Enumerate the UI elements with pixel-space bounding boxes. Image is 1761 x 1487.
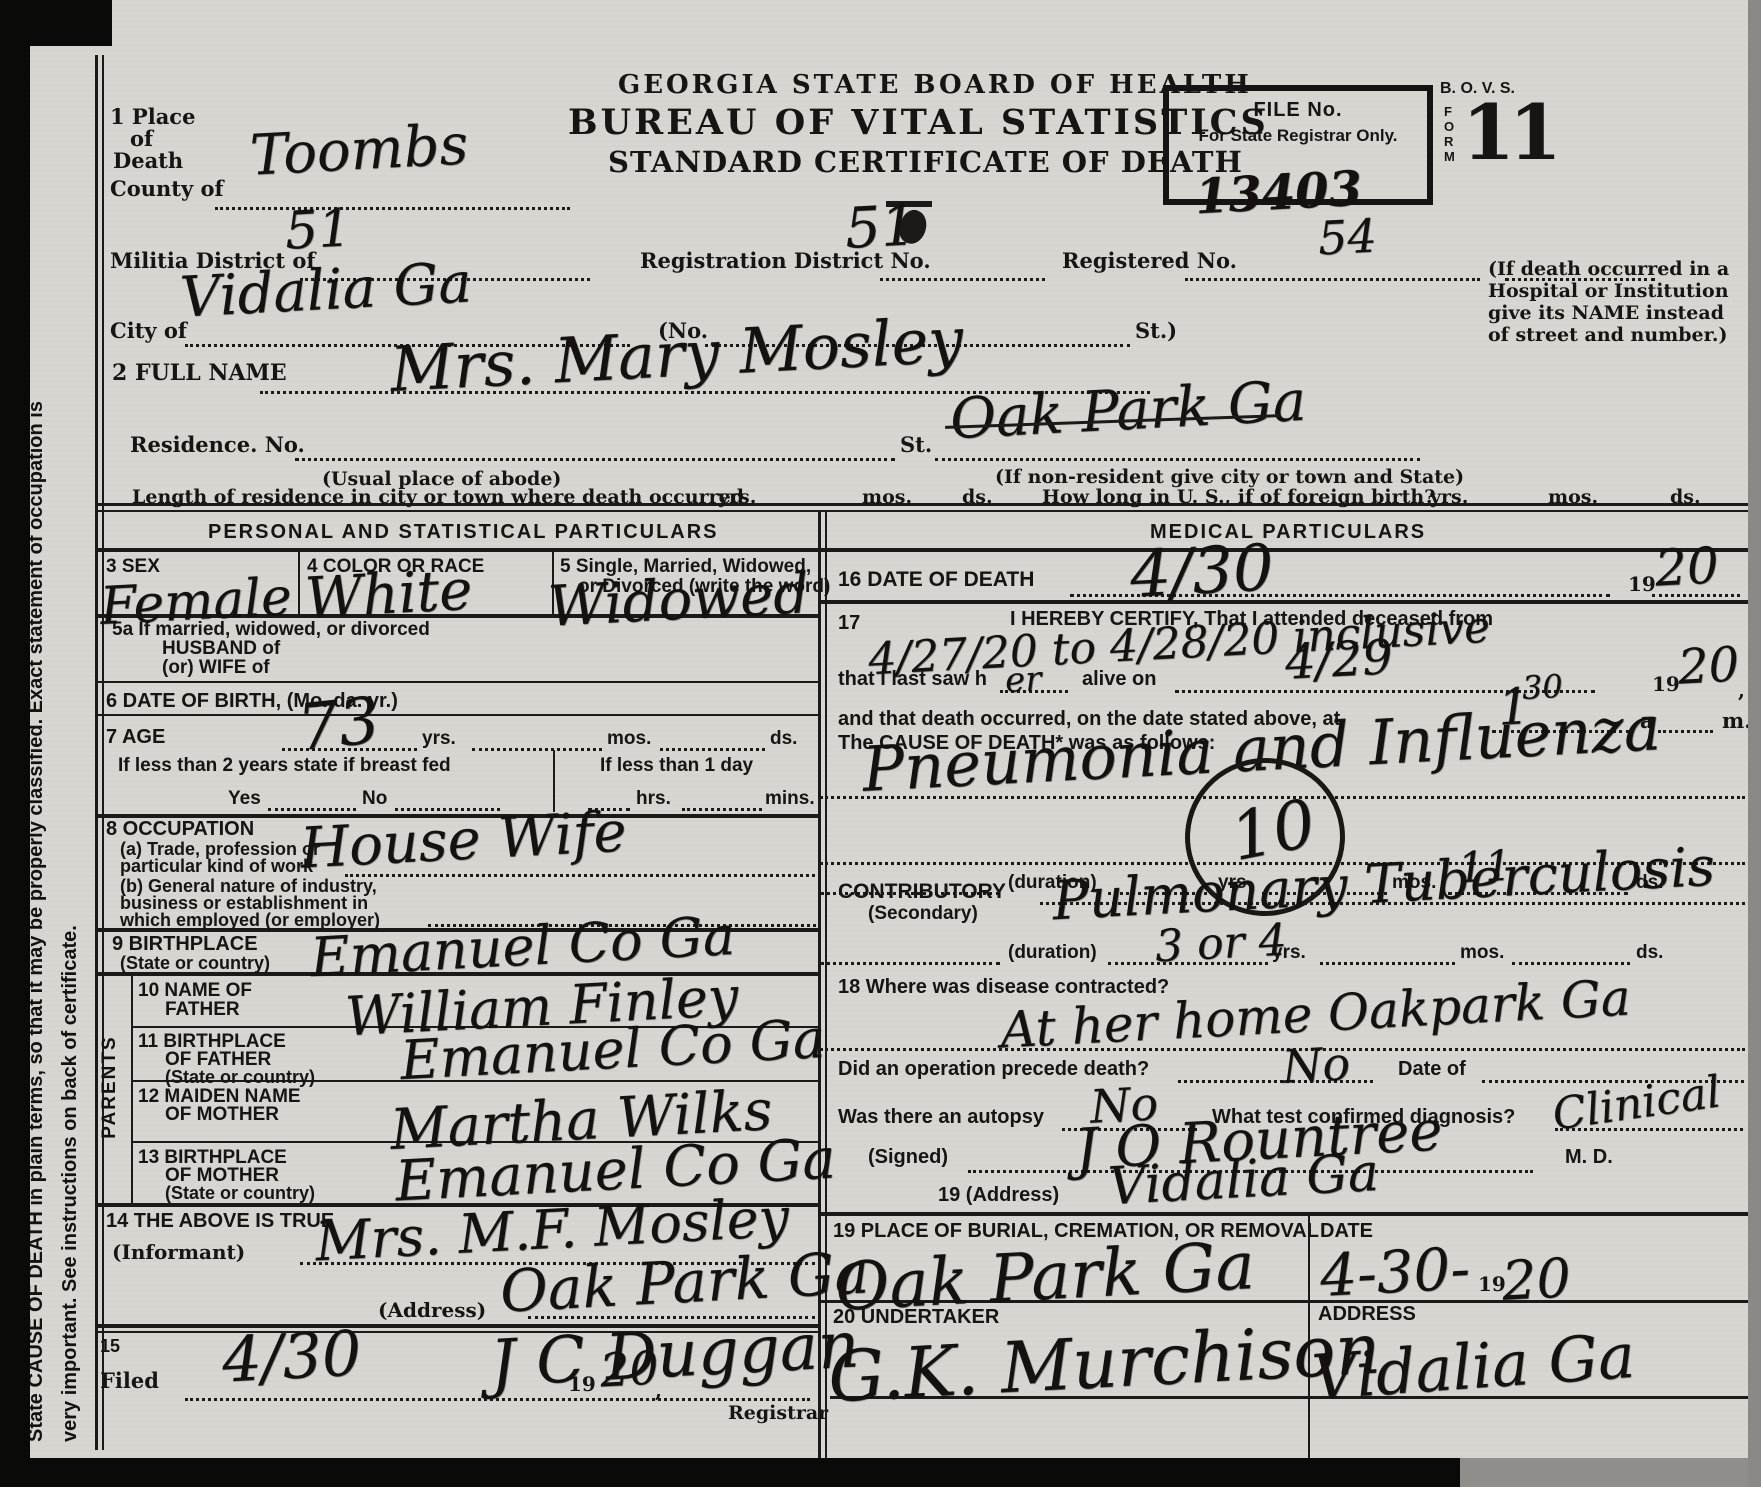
mins-label: mins.: [765, 788, 815, 810]
age-yrs: yrs.: [422, 728, 456, 750]
age-ds-line: [660, 748, 765, 751]
left-border-outer: [95, 55, 98, 1450]
margin-instructions-line2: very important. See instructions on back…: [53, 52, 87, 1442]
color-value: White: [303, 558, 473, 632]
length-ds: ds.: [962, 486, 993, 508]
med-rule-2: [818, 1212, 1750, 1216]
length-yrs: yrs.: [718, 486, 756, 508]
informant-address-label: (Address): [378, 1298, 486, 1322]
father-name-label-2: FATHER: [165, 999, 240, 1021]
place-label-3: Death: [113, 148, 183, 173]
certify-number: 17: [838, 612, 860, 635]
age-mos-line: [472, 748, 602, 751]
duration2-ds: ds.: [1636, 942, 1663, 964]
filed-label: Filed: [100, 1368, 159, 1393]
birthplace-state-label: (State or country): [120, 953, 270, 974]
registrar-label: Registrar: [728, 1402, 828, 1424]
yes-label: Yes: [228, 788, 261, 810]
less-day-label: If less than 1 day: [600, 755, 753, 777]
hospital-note: (If death occurred in a Hospital or Inst…: [1488, 258, 1746, 346]
husband-label-3: (or) WIFE of: [162, 657, 270, 679]
county-value: Toombs: [248, 112, 469, 188]
mother-name-label-2: OF MOTHER: [165, 1104, 279, 1126]
no-label: No: [362, 788, 387, 810]
operation-value: No: [1281, 1036, 1352, 1093]
length-label: Length of residence in city or town wher…: [132, 486, 744, 508]
header-divider-inner: [95, 510, 1750, 512]
howlong-yrs: yrs.: [1430, 486, 1468, 508]
marital-value: Widowed: [546, 561, 810, 640]
dod-value: 4/30: [1128, 531, 1275, 612]
scan-edge-bottom: [0, 1458, 1460, 1487]
am-line: [1658, 730, 1713, 733]
breast-fed-label: If less than 2 years state if breast fed: [118, 755, 451, 777]
row-rule-3: [95, 714, 818, 716]
age-ds: ds.: [770, 728, 797, 750]
hrs-line-b: [682, 808, 762, 811]
duration2-ds-line: [1512, 962, 1630, 965]
residence-label: Residence. No.: [130, 432, 305, 457]
true-label: 14 THE ABOVE IS TRUE: [106, 1210, 334, 1233]
registered-number-value: 54: [1317, 209, 1378, 266]
last-saw-her-hw: er: [1004, 659, 1042, 701]
burial-date-value: 4-30-: [1318, 1234, 1471, 1310]
row-rule-2: [95, 681, 818, 683]
contributory-label: CONTRIBUTORY: [838, 880, 1006, 904]
personal-title: PERSONAL AND STATISTICAL PARTICULARS: [208, 521, 719, 544]
howlong-mos: mos.: [1548, 486, 1598, 508]
residence-st-label: St.: [900, 432, 932, 457]
burial-year-hw: 20: [1500, 1246, 1572, 1313]
age-mos: mos.: [607, 728, 651, 750]
md-label: M. D.: [1565, 1146, 1613, 1169]
dod-year-hw: 20: [1654, 536, 1721, 597]
scan-edge-topleft: [0, 0, 112, 46]
occupation-a-2: particular kind of work: [120, 856, 313, 877]
left-border-inner: [102, 55, 104, 1450]
board-title: GEORGIA STATE BOARD OF HEALTH: [618, 70, 1252, 100]
informant-label: (Informant): [112, 1240, 245, 1264]
nonresident-note: (If non-resident give city or town and S…: [995, 466, 1464, 488]
scan-edge-right: [1748, 0, 1761, 1487]
yes-line: [268, 808, 356, 811]
last-seen-year-hw: 20: [1677, 636, 1741, 695]
form-number: 11: [1462, 88, 1556, 177]
mother-bp-state-label: (State or country): [165, 1183, 315, 1204]
form-word-vertical: FORM: [1444, 104, 1458, 164]
registered-label: Registered No.: [1062, 248, 1237, 273]
father-bp-state-label: (State or country): [165, 1067, 315, 1088]
registered-line-1: [1185, 278, 1480, 281]
scan-edge-left: [0, 0, 30, 1487]
registration-line: [880, 278, 1045, 281]
parents-divider: [131, 972, 133, 1204]
duration2-mos-line: [1320, 962, 1455, 965]
filed-number: 15: [100, 1336, 120, 1357]
filed-date-value: 4/30: [220, 1316, 363, 1396]
date-of-label: Date of: [1398, 1058, 1466, 1081]
signed-label: (Signed): [868, 1146, 948, 1169]
city-label: City of: [110, 318, 187, 343]
file-box-title: FILE No.: [1169, 99, 1427, 122]
address19-value: Vidalia Ga: [1107, 1143, 1381, 1217]
scan-edge-bottom-right: [1460, 1458, 1761, 1487]
secondary-label: (Secondary): [868, 903, 978, 925]
last-seen-value: 4/29: [1284, 629, 1395, 691]
dod-label: 16 DATE OF DEATH: [838, 568, 1034, 592]
full-name-label: 2 FULL NAME: [112, 360, 287, 386]
duration2-lead-line: [820, 962, 1000, 965]
age-value: 73: [294, 684, 383, 766]
sex-color-divider: [298, 552, 300, 614]
residence-line-1: [295, 458, 895, 461]
length-mos: mos.: [862, 486, 912, 508]
file-box-subtitle: For State Registrar Only.: [1169, 126, 1427, 146]
autopsy-label: Was there an autopsy: [838, 1106, 1044, 1129]
how-long-label: How long in U. S., if of foreign birth?: [1042, 486, 1435, 508]
city-value: Vidalia Ga: [178, 250, 473, 330]
contributory-value: Pulmonary Tuberculosis: [1051, 835, 1717, 933]
county-line: [215, 207, 570, 210]
operation-label: Did an operation precede death?: [838, 1058, 1149, 1081]
county-label: County of: [110, 176, 224, 201]
militia-value: 51: [283, 198, 352, 261]
duration2-value: 3 or 4: [1154, 915, 1288, 973]
parents-label: PARENTS: [99, 967, 125, 1207]
sex-value: Female: [99, 567, 294, 637]
certificate-title: STANDARD CERTIFICATE OF DEATH: [608, 145, 1243, 179]
residence-value: Oak Park Ga: [949, 369, 1308, 453]
age-label: 7 AGE: [106, 726, 165, 749]
street-close-label: St.): [1135, 318, 1177, 343]
address19-label: 19 (Address): [938, 1184, 1059, 1207]
duration2-label: (duration): [1008, 942, 1097, 964]
residence-line-2: [935, 458, 1420, 461]
hrs-label: hrs.: [636, 788, 671, 810]
howlong-ds: ds.: [1670, 486, 1701, 508]
occupation-label: 8 OCCUPATION: [106, 818, 254, 841]
dod-year-printed: 19: [1628, 572, 1656, 596]
death-certificate-scan: State CAUSE OF DEATH in plain terms, so …: [0, 0, 1761, 1487]
occupation-value: House Wife: [299, 799, 629, 881]
section-title-rule: [95, 548, 1750, 552]
med-rule-1: [818, 600, 1750, 604]
duration2-mos: mos.: [1460, 942, 1504, 964]
